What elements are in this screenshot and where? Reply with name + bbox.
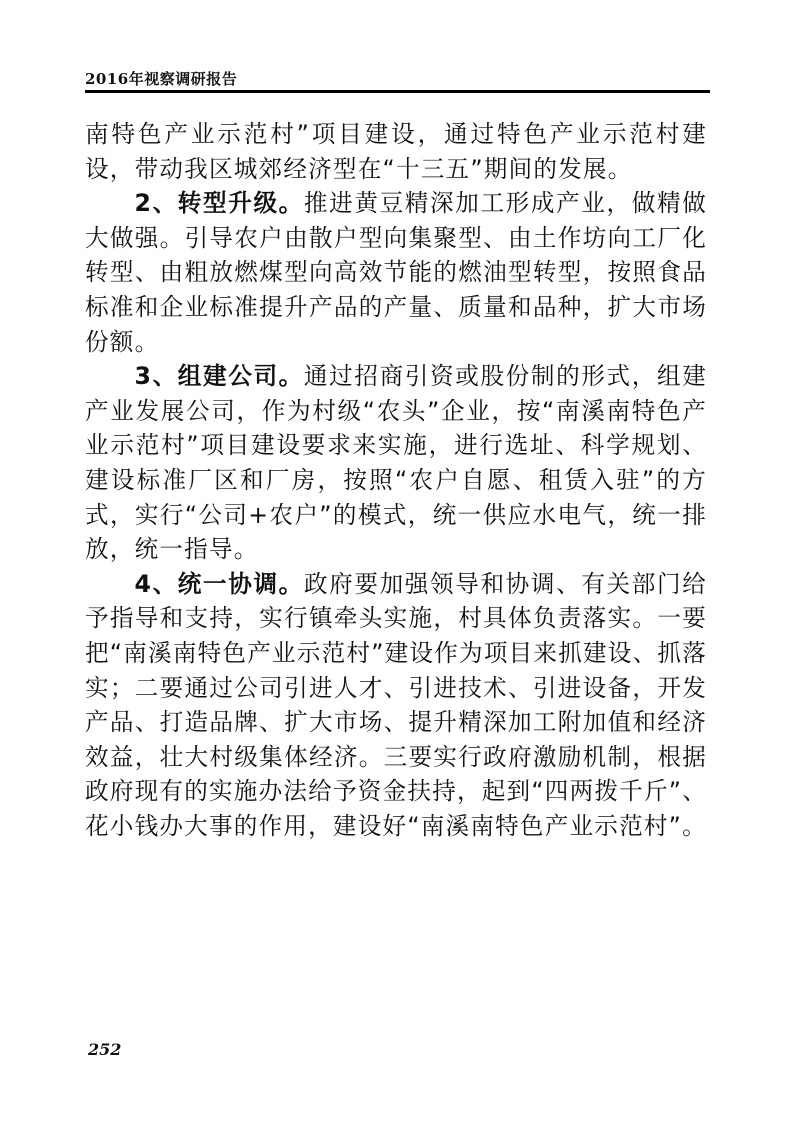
paragraph-text: 通过招商引资或股份制的形式，组建产业发展公司，作为村级“农头”企业，按“南溪南特…: [85, 362, 707, 563]
header-rule: [85, 90, 710, 93]
paragraph-continuation: 南特色产业示范村”项目建设，通过特色产业示范村建设，带动我区城郊经济型在“十三五…: [85, 117, 707, 186]
paragraph-unified-coordination: 4、统一协调。政府要加强领导和协调、有关部门给予指导和支持，实行镇牵头实施，村具…: [85, 567, 707, 844]
paragraph-lead: 3、组建公司。: [135, 362, 304, 390]
paragraph-establish-company: 3、组建公司。通过招商引资或股份制的形式，组建产业发展公司，作为村级“农头”企业…: [85, 359, 707, 567]
paragraph-lead: 4、统一协调。: [135, 570, 304, 598]
body-text: 南特色产业示范村”项目建设，通过特色产业示范村建设，带动我区城郊经济型在“十三五…: [85, 117, 707, 843]
paragraph-text: 政府要加强领导和协调、有关部门给予指导和支持，实行镇牵头实施，村具体负责落实。一…: [85, 570, 707, 840]
paragraph-text: 南特色产业示范村”项目建设，通过特色产业示范村建设，带动我区城郊经济型在“十三五…: [85, 120, 707, 183]
page-number: 252: [88, 1040, 121, 1059]
paragraph-lead: 2、转型升级。: [135, 189, 304, 217]
paragraph-transformation-upgrade: 2、转型升级。推进黄豆精深加工形成产业，做精做大做强。引导农户由散户型向集聚型、…: [85, 186, 707, 359]
running-header-title: 2016年视察调研报告: [85, 68, 237, 89]
